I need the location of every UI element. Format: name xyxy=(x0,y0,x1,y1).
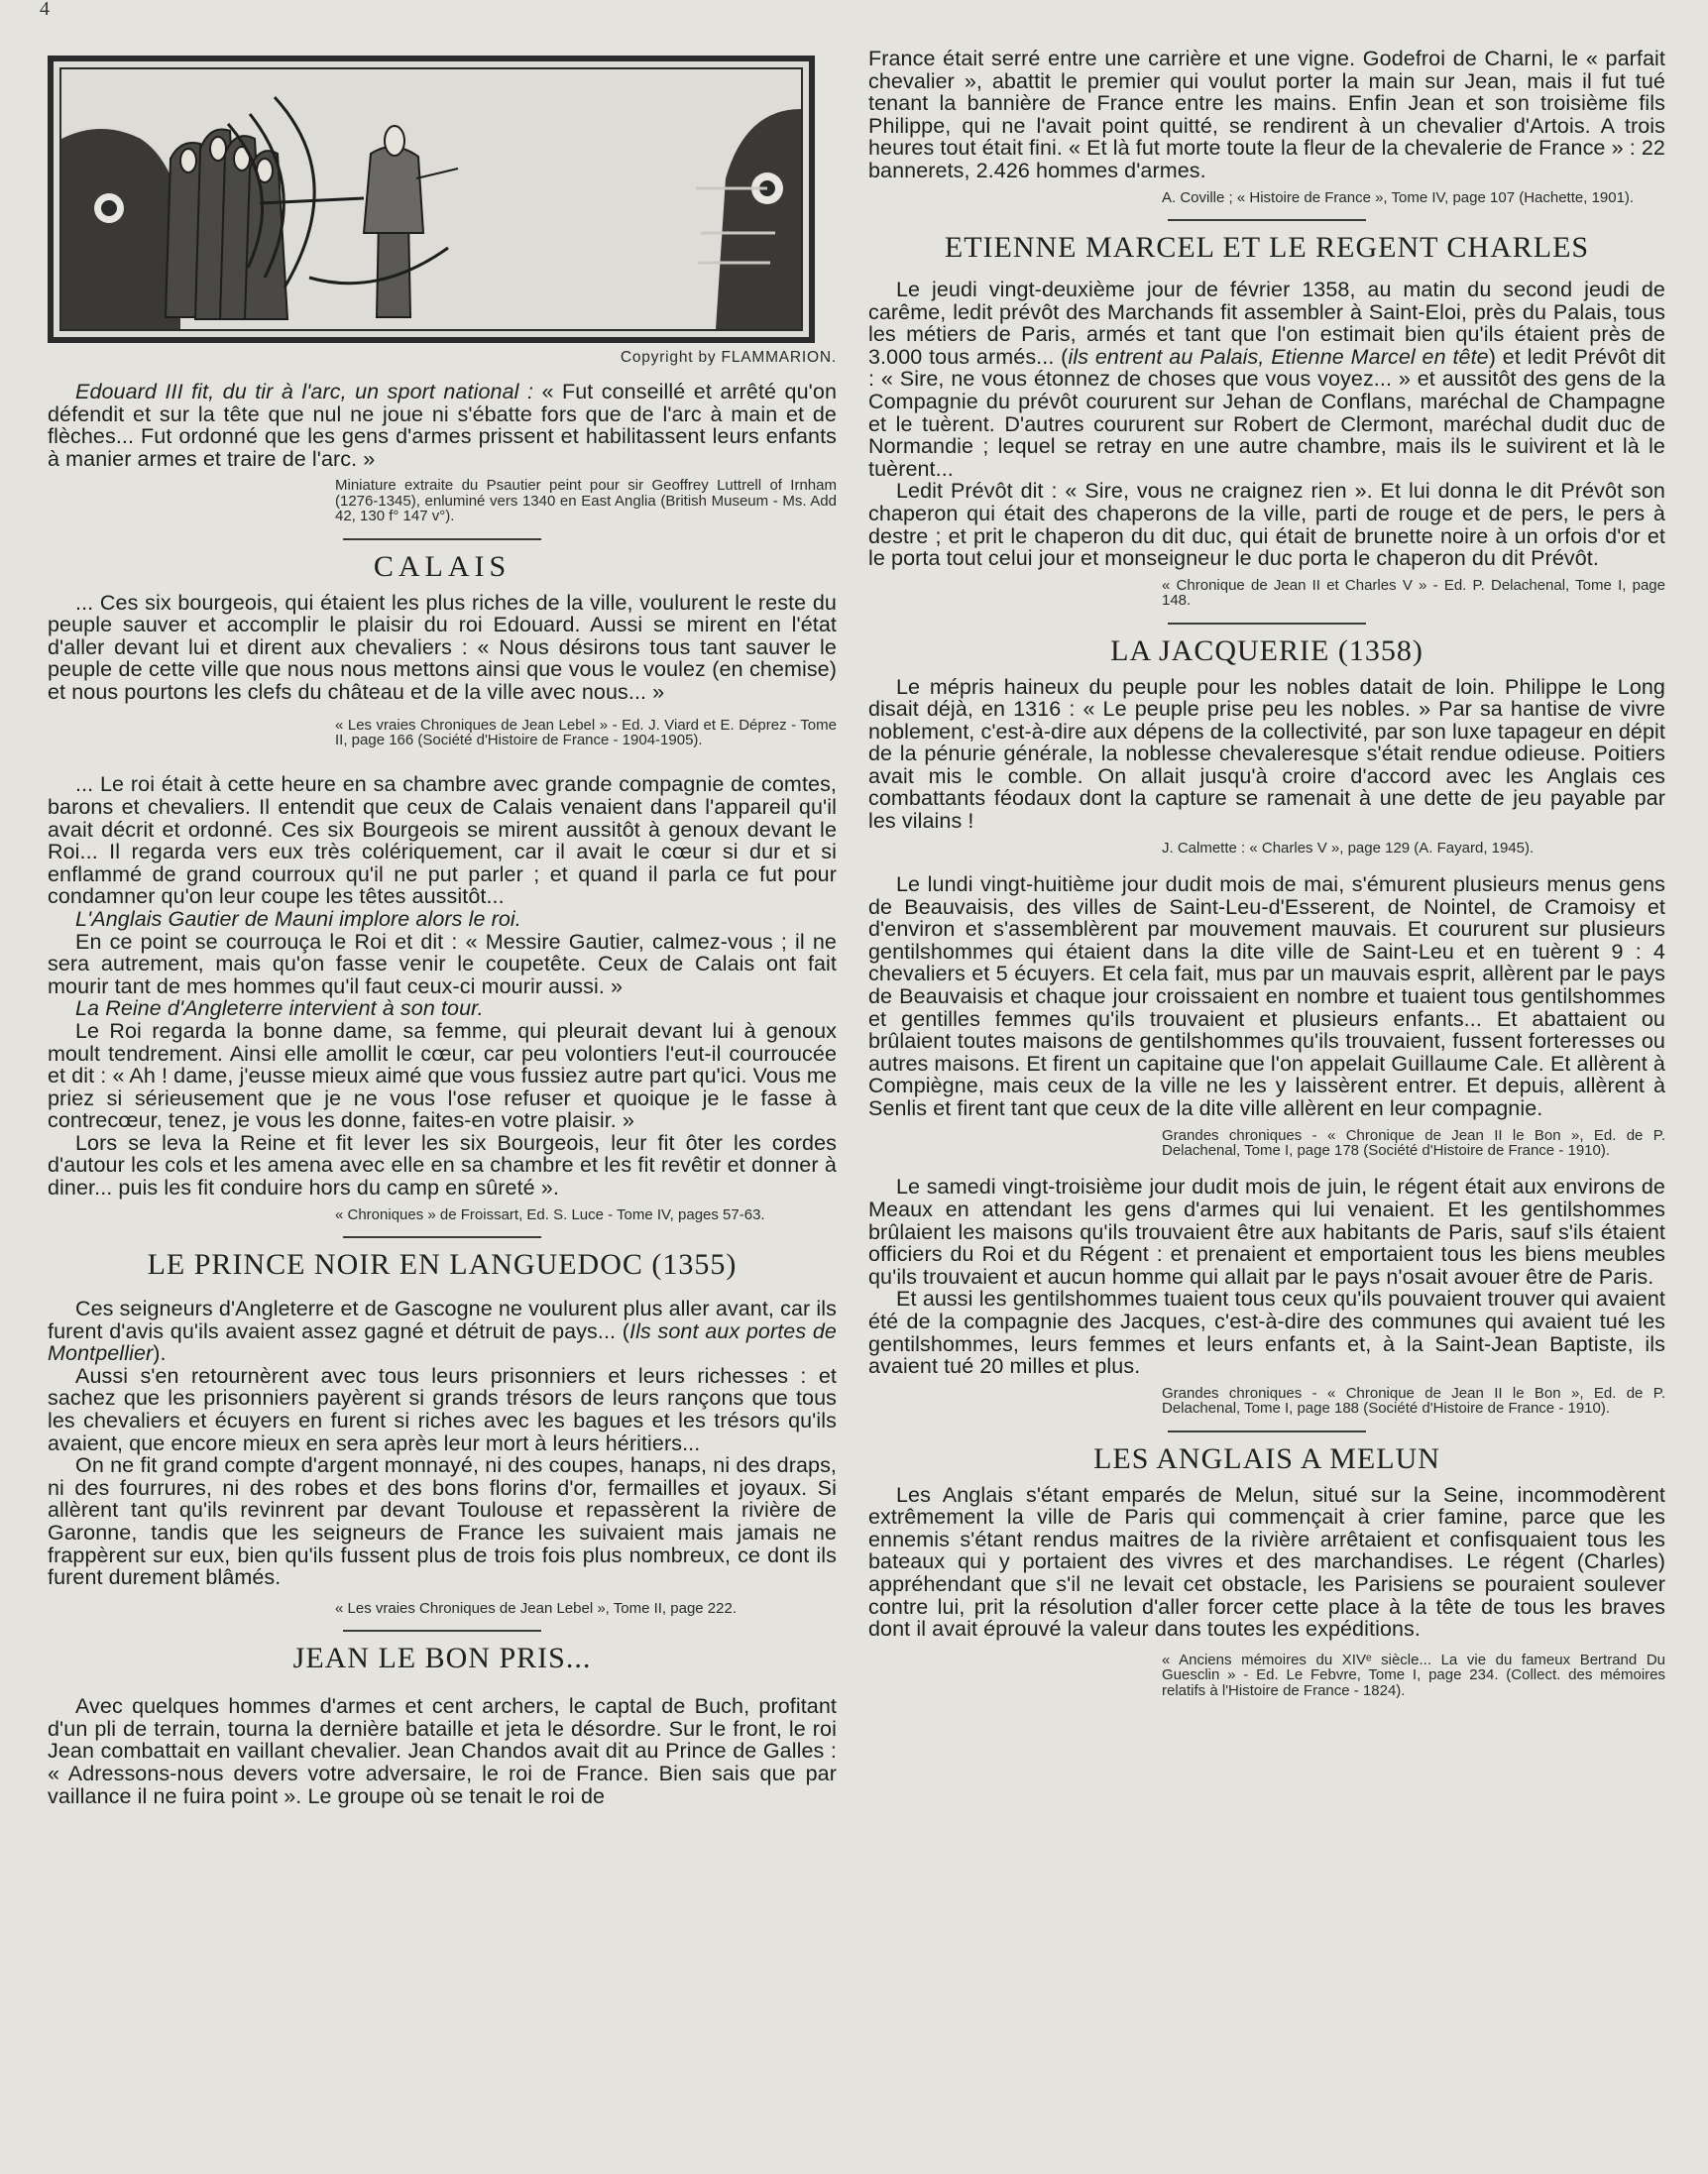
melun-source: « Anciens mémoires du XIVᵉ siècle... La … xyxy=(868,1653,1665,1698)
calais-paragraph-5: Lors se leva la Reine et fit lever les s… xyxy=(48,1132,837,1200)
left-column: Copyright by FLAMMARION. Edouard III fit… xyxy=(48,0,837,1807)
calais-paragraph-4: Le Roi regarda la bonne dame, sa femme, … xyxy=(48,1020,837,1132)
jean-le-bon-source: A. Coville ; « Histoire de France », Tom… xyxy=(868,190,1665,205)
calais-paragraph-3: En ce point se courrouça le Roi et dit :… xyxy=(48,931,837,998)
section-title-melun: LES ANGLAIS A MELUN xyxy=(868,1442,1665,1476)
intro-source: Miniature extraite du Psautier peint pou… xyxy=(48,478,837,523)
section-divider xyxy=(343,1630,541,1632)
calais-paragraph-2: ... Le roi était à cette heure en sa cha… xyxy=(48,773,837,908)
intro-paragraph: Edouard III fit, du tir à l'arc, un spor… xyxy=(48,381,837,470)
figure-credit: Copyright by FLAMMARION. xyxy=(48,349,837,367)
jean-le-bon-paragraph-1: Avec quelques hommes d'armes et cent arc… xyxy=(48,1695,837,1807)
jacquerie-paragraph-1: Le mépris haineux du peuple pour les nob… xyxy=(868,676,1665,833)
etienne-marcel-p1-italic: ils entrent au Palais, Etienne Marcel en… xyxy=(1068,345,1488,369)
jacquerie-paragraph-3: Le samedi vingt-troisième jour dudit moi… xyxy=(868,1176,1665,1288)
etienne-marcel-paragraph-2: Ledit Prévôt dit : « Sire, vous ne craig… xyxy=(868,480,1665,569)
section-divider xyxy=(343,1236,541,1238)
section-title-jacquerie: LA JACQUERIE (1358) xyxy=(868,634,1665,668)
calais-source-2: « Chroniques » de Froissart, Ed. S. Luce… xyxy=(48,1207,837,1222)
jacquerie-paragraph-2: Le lundi vingt-huitième jour dudit mois … xyxy=(868,873,1665,1120)
jacquerie-source-3: Grandes chroniques - « Chronique de Jean… xyxy=(868,1386,1665,1417)
etienne-marcel-source: « Chronique de Jean II et Charles V » - … xyxy=(868,578,1665,609)
section-divider xyxy=(1168,1430,1366,1432)
calais-source-1: « Les vraies Chroniques de Jean Lebel » … xyxy=(48,718,837,748)
prince-noir-p1-end: ). xyxy=(153,1341,166,1365)
jean-le-bon-continued: France était serré entre une carrière et… xyxy=(868,48,1665,182)
calais-italic-note-1: L'Anglais Gautier de Mauni implore alors… xyxy=(48,908,837,931)
etienne-marcel-paragraph-1: Le jeudi vingt-deuxième jour de février … xyxy=(868,279,1665,480)
archers-miniature-image xyxy=(61,69,801,329)
prince-noir-paragraph-3: On ne fit grand compte d'argent monnayé,… xyxy=(48,1454,837,1589)
section-title-etienne-marcel: ETIENNE MARCEL ET LE REGENT CHARLES xyxy=(868,231,1665,265)
calais-italic-note-2: La Reine d'Angleterre intervient à son t… xyxy=(48,997,837,1020)
section-title-jean-le-bon: JEAN LE BON PRIS... xyxy=(48,1642,837,1675)
calais-paragraph-1: ... Ces six bourgeois, qui étaient les p… xyxy=(48,592,837,704)
miniature-illustration xyxy=(48,56,815,343)
jacquerie-source-2: Grandes chroniques - « Chronique de Jean… xyxy=(868,1128,1665,1159)
section-divider xyxy=(343,538,541,540)
prince-noir-paragraph-2: Aussi s'en retournèrent avec tous leurs … xyxy=(48,1365,837,1454)
prince-noir-source: « Les vraies Chroniques de Jean Lebel »,… xyxy=(48,1601,837,1616)
section-title-calais: CALAIS xyxy=(48,550,837,584)
prince-noir-paragraph-1: Ces seigneurs d'Angleterre et de Gascogn… xyxy=(48,1298,837,1365)
right-column: France était serré entre une carrière et… xyxy=(868,48,1665,1698)
jacquerie-paragraph-4: Et aussi les gentilshommes tuaient tous … xyxy=(868,1288,1665,1377)
section-divider xyxy=(1168,623,1366,625)
intro-italic-lead: Edouard III fit, du tir à l'arc, un spor… xyxy=(75,380,533,403)
jacquerie-source-1: J. Calmette : « Charles V », page 129 (A… xyxy=(868,841,1665,856)
section-divider xyxy=(1168,219,1366,221)
melun-paragraph-1: Les Anglais s'étant emparés de Melun, si… xyxy=(868,1484,1665,1641)
section-title-prince-noir: LE PRINCE NOIR EN LANGUEDOC (1355) xyxy=(48,1248,837,1282)
